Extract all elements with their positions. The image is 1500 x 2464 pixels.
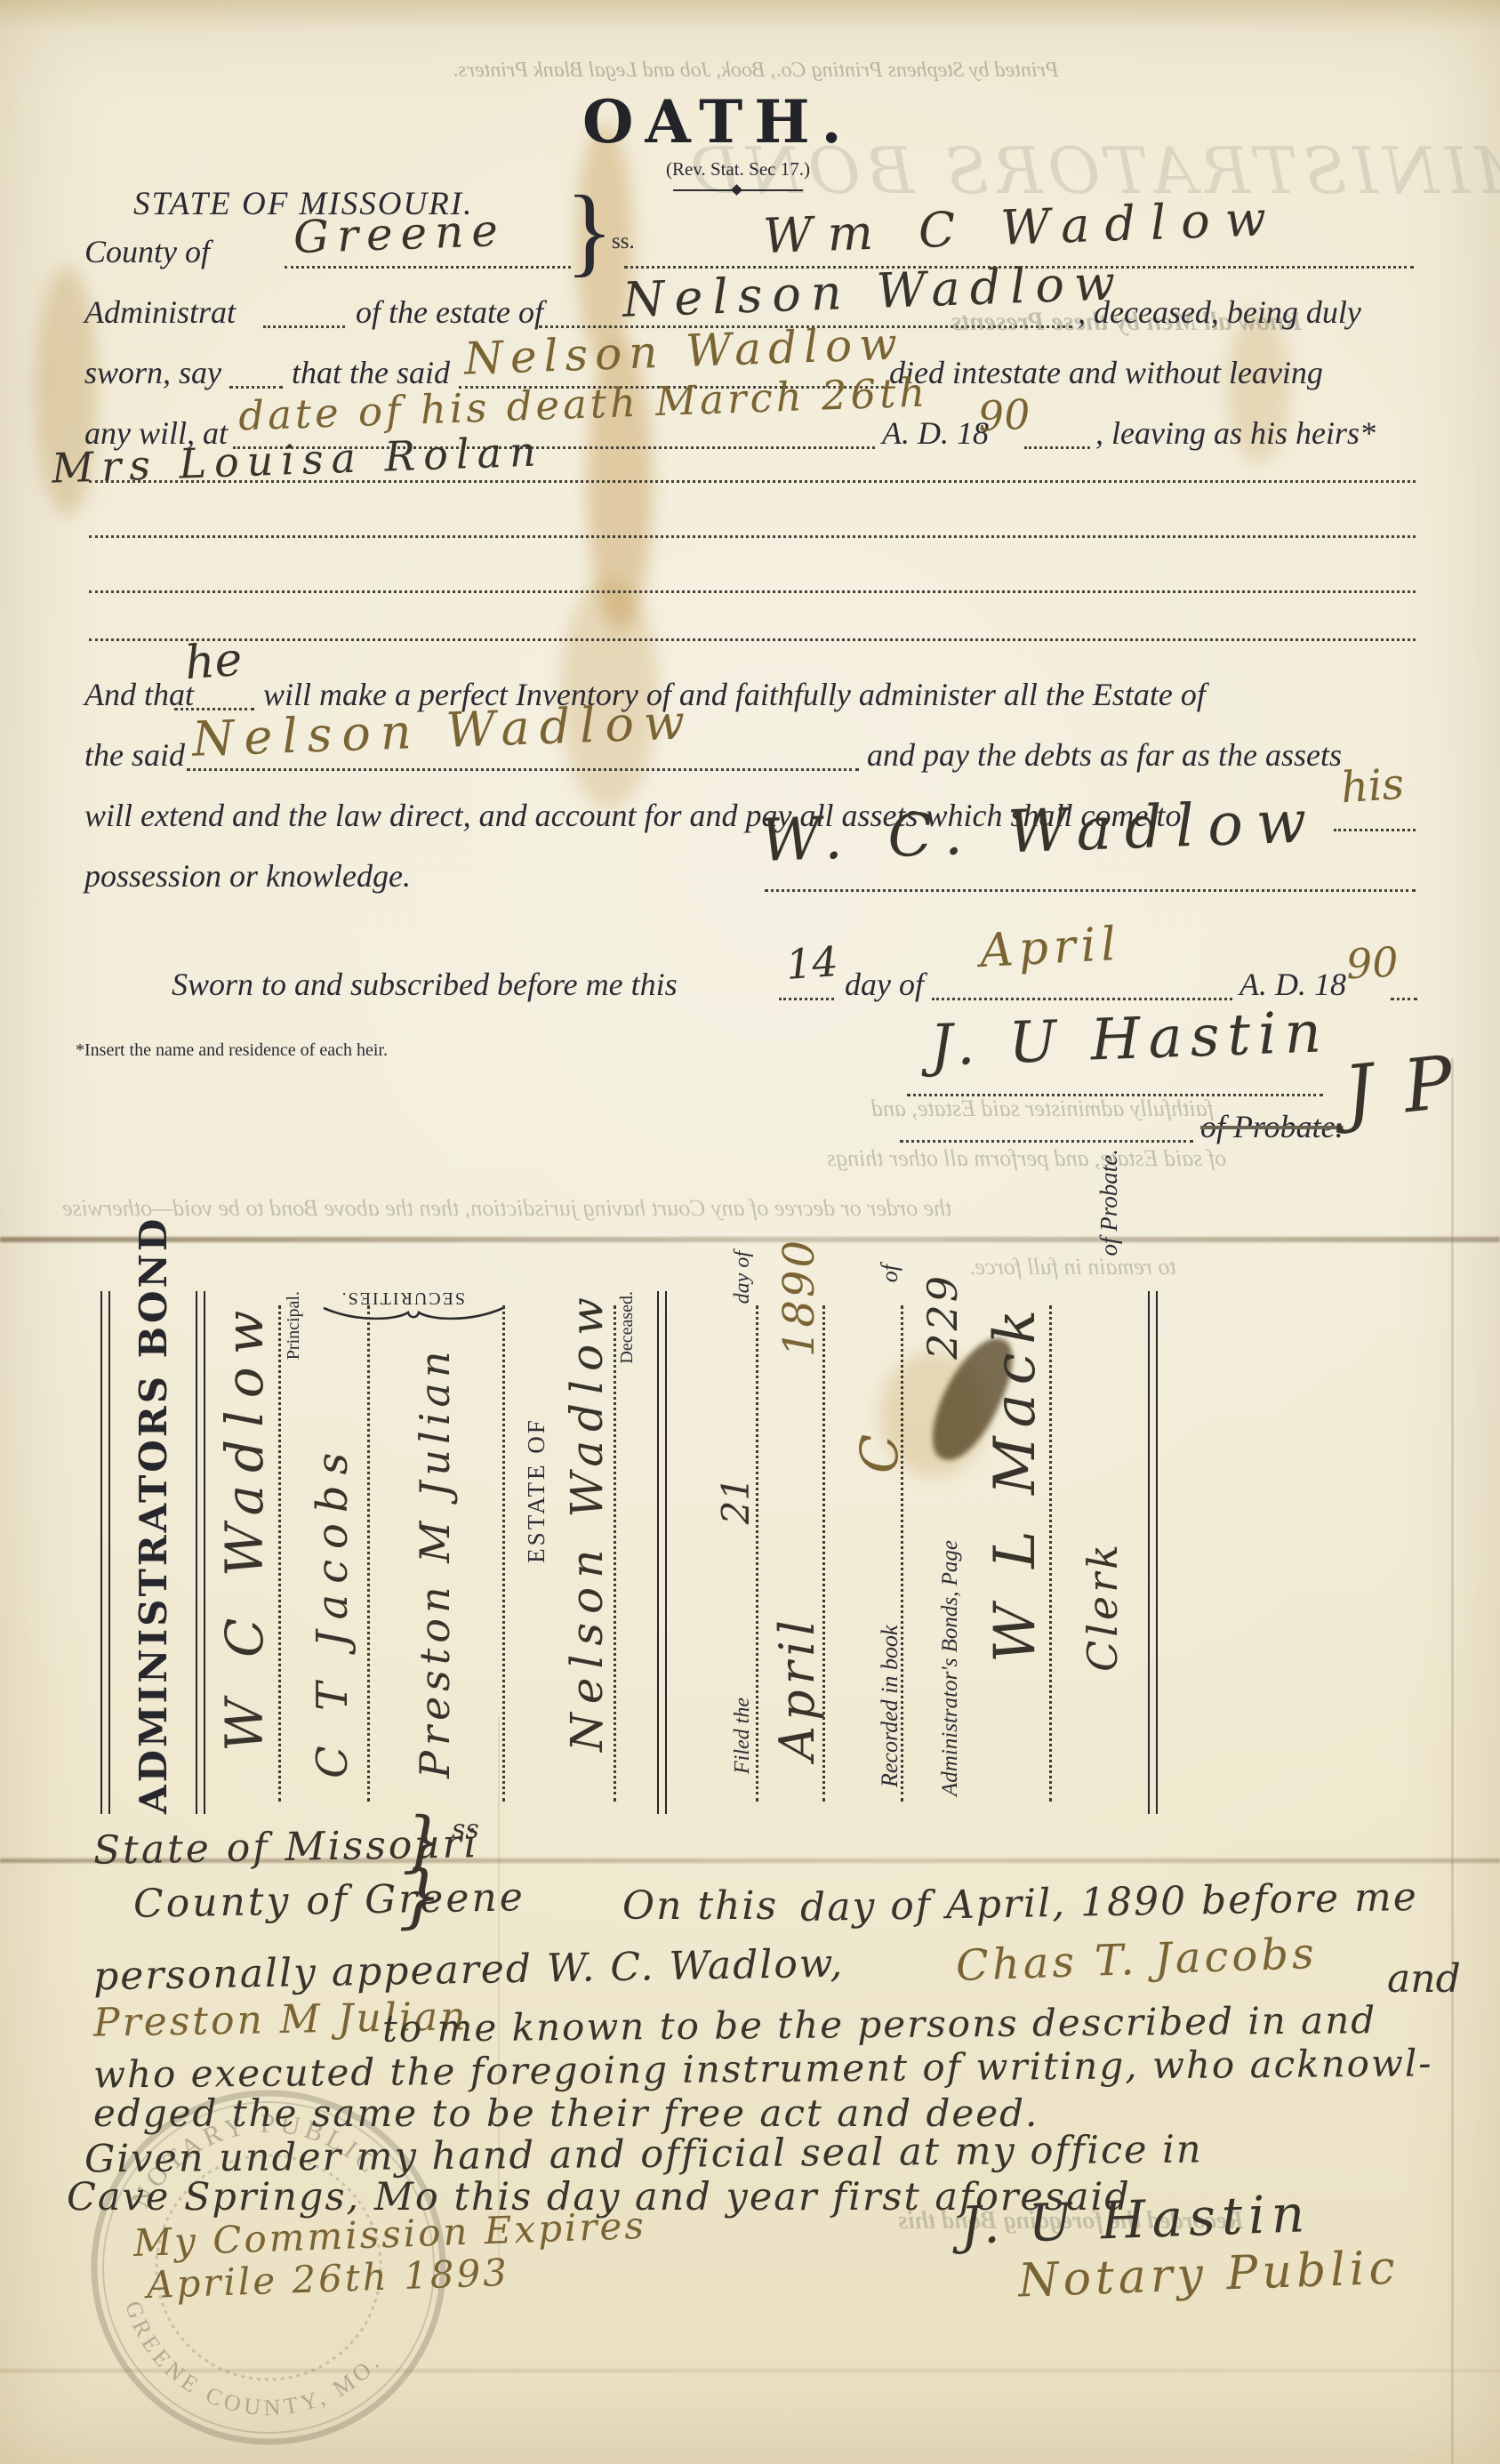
docket-filed-year: 1890 (774, 1238, 824, 1357)
heir-line-2 (89, 535, 1416, 538)
county-dotted-line (285, 266, 571, 269)
docket-security1-dotted-rule (367, 1305, 370, 1802)
sworn-day-handwritten: 14 (784, 937, 839, 989)
estate-of-label: of the estate of (356, 293, 543, 331)
day-of-label: day of (845, 966, 924, 1003)
heir-line-3 (89, 590, 1416, 593)
docket-bonds-label: Administrator's Bonds, Page (938, 1540, 963, 1796)
possession-clause: possession or knowledge. (84, 857, 411, 895)
docket-principal-name: W C Wadlow (205, 1229, 284, 1814)
docket-left-double-rule (100, 1291, 110, 1814)
docket-right-double-rule (1148, 1291, 1158, 1814)
docket-title-right-double-rule (196, 1291, 205, 1814)
docket-title: ADMINISTRATORS BOND (113, 1291, 195, 1814)
docket-estate-double-rule (657, 1291, 667, 1814)
ad-year2-handwritten: 90 (1345, 938, 1400, 989)
ad-year2-dotted-line (1391, 998, 1417, 1000)
administrat-label: Administrat (84, 293, 236, 331)
docket-filed-line: Filed the 21 day of (714, 1211, 751, 1814)
sworn-blank (229, 386, 283, 389)
docket-clerk-dotted-rule (1049, 1305, 1052, 1802)
heirs-clause: , leaving as his heirs* (1095, 414, 1376, 452)
notary-jacobs-name: Chas T. Jacobs (955, 1929, 1318, 1991)
notary-given-line: Given under my hand and official seal at… (84, 2128, 1203, 2182)
county-value-handwritten: Greene (293, 205, 507, 263)
notary-on-this: On this (622, 1883, 778, 1929)
ss-brace: } (566, 174, 614, 289)
pronoun-handwritten: he (183, 633, 244, 690)
possessive-dotted-line (1334, 829, 1416, 831)
decedent-name3-dotted-line (187, 768, 859, 771)
docket-of-probate-label: of Probate. (1095, 1149, 1123, 1256)
judge-signature: J. U Hastin (929, 999, 1330, 1080)
docket-filed-dotted-rule (756, 1305, 758, 1802)
ad-year-dotted-line (1024, 446, 1090, 449)
docket-bonds-page-line: Administrator's Bonds, Page 229 (918, 1256, 968, 1814)
bleedthrough-administer-fragment: faithfully administer said Estate, and (871, 1096, 1214, 1122)
debts-clause: and pay the debts as far as the assets (867, 736, 1342, 774)
notary-executed-line: who executed the foregoing instrument of… (93, 2041, 1433, 2096)
docket-recorded-label: Recorded in book (877, 1625, 903, 1787)
heir-line-1 (89, 480, 1416, 483)
docket-filed-label: Filed the (731, 1698, 755, 1774)
sworn-day-dotted-line (779, 998, 834, 1000)
of-probate-label: of Probate. (1200, 1108, 1344, 1145)
possessive-handwritten: his (1339, 759, 1406, 814)
sworn-before-clause: Sworn to and subscribed before me this (172, 966, 678, 1003)
notary-acknowledged-line: edged the same to be their free act and … (93, 2091, 1039, 2135)
docket-clerk-handwritten: Clerk (1079, 1541, 1127, 1672)
the-said-label: the said (84, 736, 185, 774)
administrator-signature-line (765, 889, 1416, 892)
docket-filed-dayof: day of (731, 1251, 755, 1304)
heir-footnote: *Insert the name and residence of each h… (76, 1040, 388, 1061)
vertical-fold-line-right (1451, 1058, 1454, 2464)
jp-initials-handwritten: J P (1340, 1040, 1460, 1136)
county-label: County of (84, 233, 210, 270)
docket-security1-name: C T Jacobs (301, 1256, 364, 1814)
sworn-label: sworn, say (84, 354, 221, 391)
docket-security2-name: Preston M Julian (390, 1256, 479, 1814)
notary-county-line: County of Greene (133, 1874, 526, 1927)
ss-label: ss. (612, 229, 635, 254)
heir-line-4 (89, 638, 1416, 641)
document-title: OATH. (582, 87, 854, 157)
docket-clerk-signature: W L Mack (976, 1140, 1055, 1814)
docket-recorded-line: Recorded in book C of (849, 1238, 895, 1814)
ad-label: A. D. 18 (882, 414, 989, 452)
ad-year-handwritten: 90 (977, 390, 1031, 441)
docket-month-line: April 1890 (769, 1184, 821, 1814)
docket-panel: ADMINISTRATORS BOND W C Wadlow Principal… (100, 1291, 1167, 1814)
docket-deceased-label: Deceased. (616, 1284, 638, 1814)
notary-day-of-april: day of April, 1890 before me (800, 1874, 1419, 1930)
docket-security2-dotted-rule (502, 1305, 505, 1802)
notary-appeared-line: personally appeared W. C. Wadlow, (93, 1941, 845, 2000)
notary-and-word: and (1387, 1956, 1461, 2002)
notary-county-brace: } (398, 1857, 443, 1937)
docket-recorded-dotted-rule (901, 1305, 903, 1802)
notary-ss-label: ss (452, 1814, 479, 1845)
scanned-oath-document: Printed by Stephens Printing Co., Book, … (0, 0, 1500, 2464)
docket-month-dotted-rule (822, 1305, 825, 1802)
docket-of-label: of (877, 1264, 903, 1282)
docket-filed-day: 21 (714, 1477, 758, 1524)
deceased-clause: , deceased, being duly (1078, 293, 1361, 331)
died-clause: died intestate and without leaving (889, 354, 1323, 391)
administrat-blank (263, 325, 345, 328)
docket-page-number: 229 (918, 1273, 967, 1360)
sworn-month-handwritten: April (979, 918, 1123, 978)
docket-clerk-title-line: Clerk of Probate. (1079, 1096, 1128, 1814)
docket-principal-dotted-rule (278, 1305, 281, 1802)
statute-reference: (Rev. Stat. Sec 17.) (605, 158, 871, 181)
bleedthrough-printer-line: Printed by Stephens Printing Co., Book, … (373, 59, 1138, 83)
notary-signature: J. U Hastin (959, 2183, 1311, 2256)
ad-label2: A. D. 18 (1239, 966, 1346, 1003)
sworn-month-dotted-line (932, 998, 1232, 1000)
docket-estate-of-label: ESTATE OF (518, 1229, 554, 1814)
docket-filed-month: April (769, 1615, 825, 1761)
docket-estate-name: Nelson Wadlow (558, 1229, 615, 1814)
